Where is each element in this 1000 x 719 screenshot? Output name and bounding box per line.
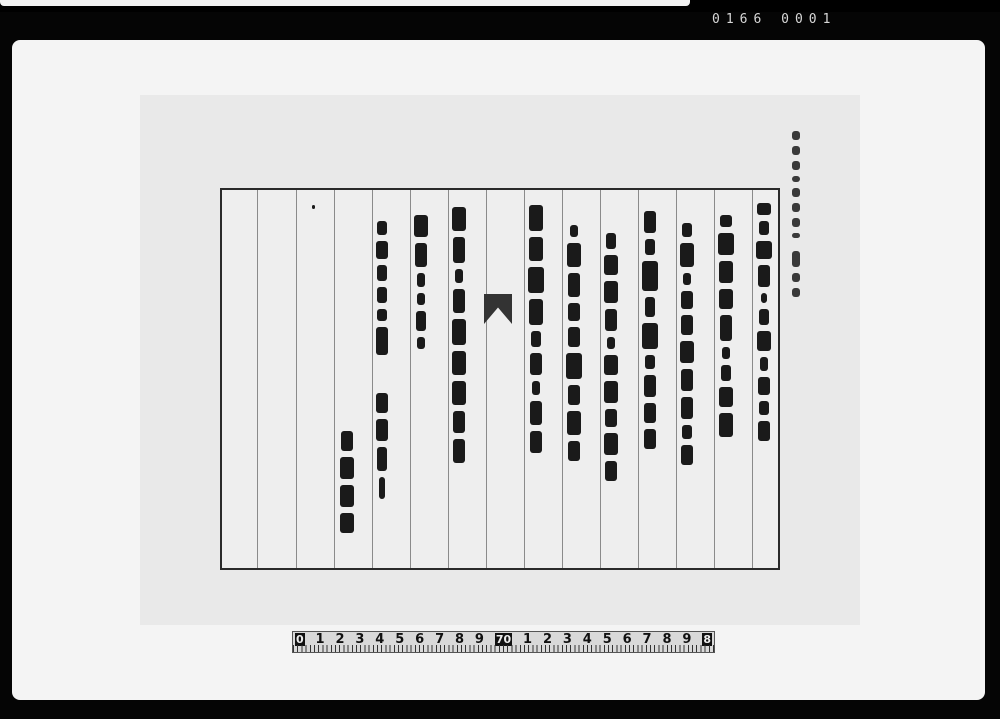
column-rule	[752, 190, 753, 568]
column-rule	[448, 190, 449, 568]
text-column-date	[376, 218, 388, 358]
column-rule	[486, 190, 487, 568]
scale-ruler: 0 1 2 3 4 5 6 7 8 9 70 1 2 3 4 5 6 7 8 9…	[292, 631, 715, 653]
ruled-letter-frame	[220, 188, 780, 570]
text-column-9	[414, 212, 428, 352]
column-rule	[638, 190, 639, 568]
text-column-4	[642, 208, 658, 452]
text-column-7	[528, 202, 544, 456]
text-column-1	[756, 200, 772, 444]
text-column-2	[718, 212, 734, 440]
column-rule	[372, 190, 373, 568]
text-column-sender	[376, 390, 388, 502]
ink-dot	[312, 202, 315, 212]
previous-frame-edge	[0, 0, 690, 6]
ruler-ticks	[293, 645, 714, 652]
column-rule	[714, 190, 715, 568]
column-rule	[296, 190, 297, 568]
column-rule	[600, 190, 601, 568]
text-column-3	[680, 220, 694, 468]
text-column-signature	[340, 428, 354, 536]
column-rule	[257, 190, 258, 568]
margin-annotation	[786, 128, 806, 318]
column-rule	[524, 190, 525, 568]
column-rule	[334, 190, 335, 568]
text-column-8	[452, 204, 466, 466]
column-rule	[676, 190, 677, 568]
microfilm-frame-number: 0166 0001	[712, 12, 836, 27]
text-column-6	[566, 222, 582, 464]
text-column-5	[604, 230, 618, 484]
column-rule	[562, 190, 563, 568]
column-rule	[410, 190, 411, 568]
